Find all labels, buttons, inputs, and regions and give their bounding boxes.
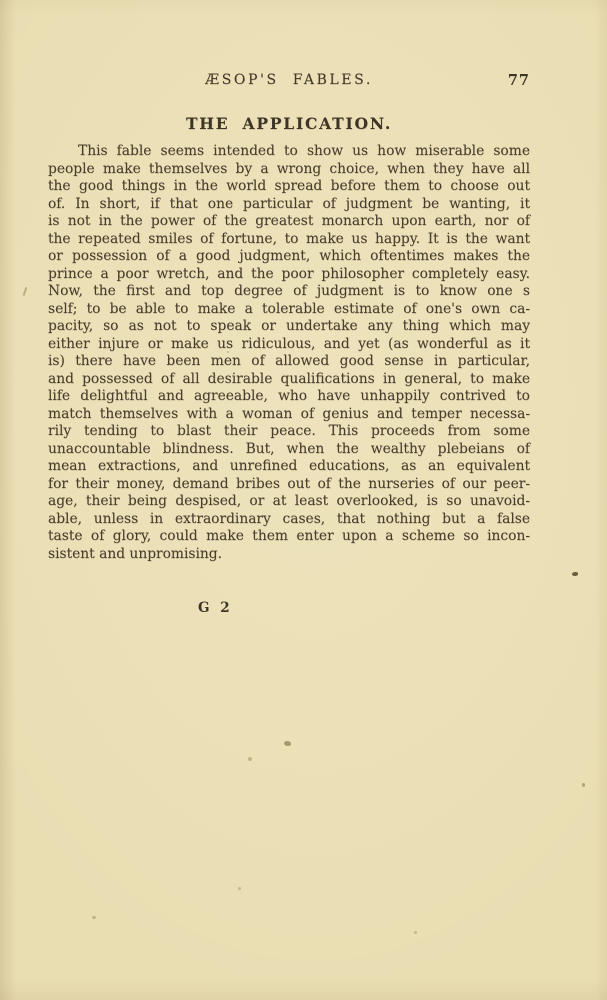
body-line: and possessed of all desirable qualifica… xyxy=(48,371,530,389)
body-line: the repeated smiles of fortune, to make … xyxy=(48,231,530,249)
body-line: able, unless in extraordinary cases, tha… xyxy=(48,511,530,529)
body-line: life delightful and agreeable, who have … xyxy=(48,388,530,406)
body-line: This fable seems intended to show us how… xyxy=(48,143,530,161)
body-line: taste of glory, could make them enter up… xyxy=(48,528,530,546)
paper-speck xyxy=(414,931,417,934)
paper-speck xyxy=(582,783,585,787)
body-line: match themselves with a woman of genius … xyxy=(48,406,530,424)
section-title: THE APPLICATION. xyxy=(48,114,530,133)
body-line: for their money, demand bribes out of th… xyxy=(48,476,530,494)
body-line: mean extractions, and unrefined educatio… xyxy=(48,458,530,476)
signature-mark: G 2 xyxy=(198,600,233,616)
scanned-book-page: ÆSOP'S FABLES. 77 THE APPLICATION. This … xyxy=(0,0,607,1000)
paper-speck xyxy=(572,572,578,576)
body-line: sistent and unpromising. xyxy=(48,546,530,564)
body-line: is) there have been men of allowed good … xyxy=(48,353,530,371)
page-number: 77 xyxy=(508,72,530,89)
body-line: or possession of a good judgment, which … xyxy=(48,248,530,266)
page-header: ÆSOP'S FABLES. 77 xyxy=(48,72,530,92)
running-header-title: ÆSOP'S FABLES. xyxy=(48,72,530,88)
body-paragraph: This fable seems intended to show us how… xyxy=(48,143,530,563)
section-title-row: THE APPLICATION. xyxy=(48,114,530,133)
paper-speck xyxy=(238,887,241,890)
body-line: rily tending to blast their peace. This … xyxy=(48,423,530,441)
paper-speck xyxy=(248,757,252,761)
paper-speck xyxy=(92,916,96,919)
body-line: Now, the first and top degree of judgmen… xyxy=(48,283,530,301)
body-line: is not in the power of the greatest mona… xyxy=(48,213,530,231)
paper-speck xyxy=(284,741,291,746)
body-line: age, their being despised, or at least o… xyxy=(48,493,530,511)
paper-speck xyxy=(23,287,28,296)
body-line: the good things in the world spread befo… xyxy=(48,178,530,196)
body-line: self; to be able to make a tolerable est… xyxy=(48,301,530,319)
body-line: prince a poor wretch, and the poor philo… xyxy=(48,266,530,284)
body-line: of. In short, if that one particular of … xyxy=(48,196,530,214)
body-line: people make themselves by a wrong choice… xyxy=(48,161,530,179)
body-line: either injure or make us ridiculous, and… xyxy=(48,336,530,354)
body-line: unaccountable blindness. But, when the w… xyxy=(48,441,530,459)
body-line: pacity, so as not to speak or undertake … xyxy=(48,318,530,336)
